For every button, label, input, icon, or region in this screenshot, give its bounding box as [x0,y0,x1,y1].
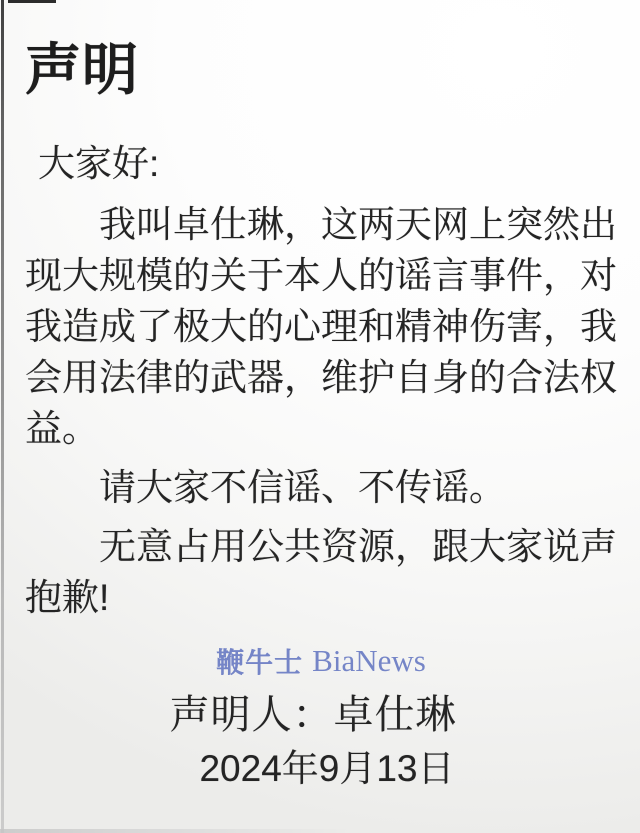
bianews-watermark: 鞭牛士 BiaNews [25,643,617,679]
watermark-chinese-text: 鞭牛士 [216,641,303,681]
date-line: 2024年9月13日 [31,745,623,793]
photo-edge-bottom [0,829,352,833]
greeting-line: 大家好: [25,138,617,189]
photo-edge-left [1,0,4,833]
statement-document: 声明 大家好: 我叫卓仕琳，这两天网上突然出现大规模的关于本人的谣言事件，对我造… [0,0,640,833]
watermark-english-text: BiaNews [312,643,426,679]
page-title: 声明 [25,38,617,102]
photo-edge-top [8,0,56,3]
statement-paragraph-1: 我叫卓仕琳，这两天网上突然出现大规模的关于本人的谣言事件，对我造成了极大的心理和… [25,199,617,454]
statement-paragraph-3: 无意占用公共资源，跟大家说声抱歉! [25,521,617,623]
signer-line: 声明人：卓仕琳 [17,691,609,739]
statement-paragraph-2: 请大家不信谣、不传谣。 [25,462,617,513]
